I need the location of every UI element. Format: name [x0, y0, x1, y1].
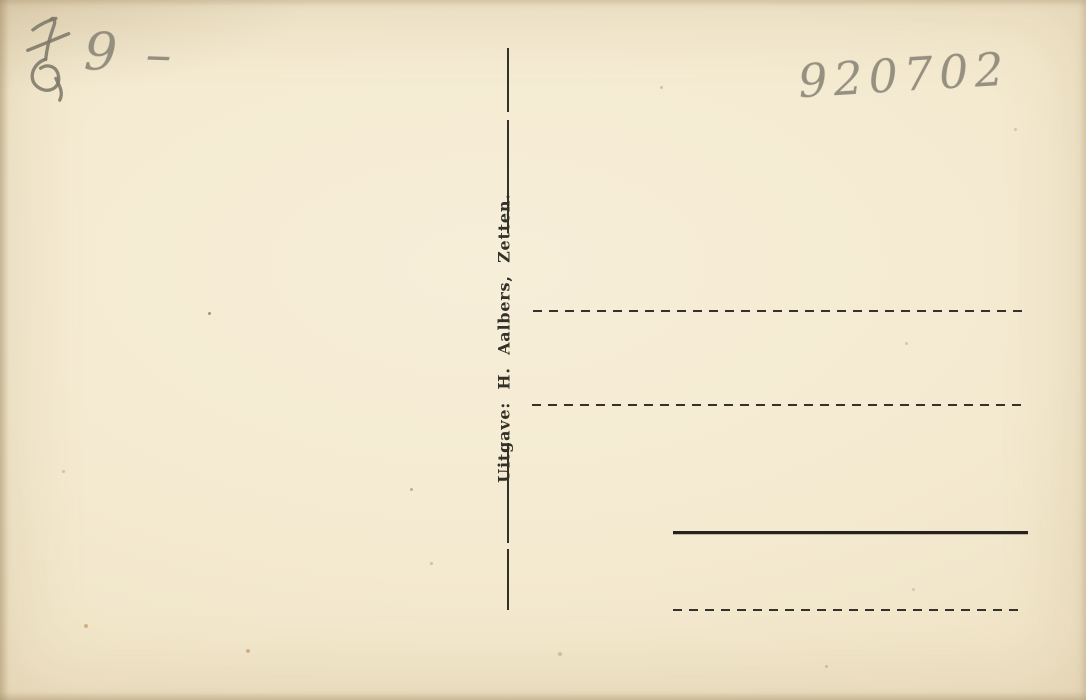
paper-speckle [905, 342, 908, 345]
address-line-dashed-2 [532, 404, 1022, 406]
paper-speckle [912, 588, 915, 591]
publisher-imprint: Uitgave: H. Aalbers, Zetten. [495, 193, 514, 482]
paper-speckle [558, 652, 562, 656]
paper-speckle [62, 470, 65, 473]
address-line-solid [673, 531, 1028, 534]
postcard-back: 9 – 920702 Uitgave: H. Aalbers, Zetten. [0, 0, 1086, 700]
paper-speckle [246, 649, 250, 653]
paper-speckle [1014, 128, 1017, 131]
divider-segment-lower [507, 443, 509, 543]
handwritten-price: 9 – [83, 26, 178, 81]
address-line-dashed-1 [533, 310, 1022, 312]
paper-speckle [410, 488, 413, 491]
paper-speckle [660, 86, 663, 89]
paper-speckle [430, 562, 433, 565]
paper-speckle [208, 312, 211, 315]
paper-speckle [84, 624, 88, 628]
divider-segment-bottom [507, 549, 509, 610]
handwritten-catalog-number: 920702 [797, 46, 1011, 105]
divider-segment-top [507, 48, 509, 112]
address-line-dashed-3 [673, 609, 1023, 611]
paper-speckle [825, 665, 828, 668]
